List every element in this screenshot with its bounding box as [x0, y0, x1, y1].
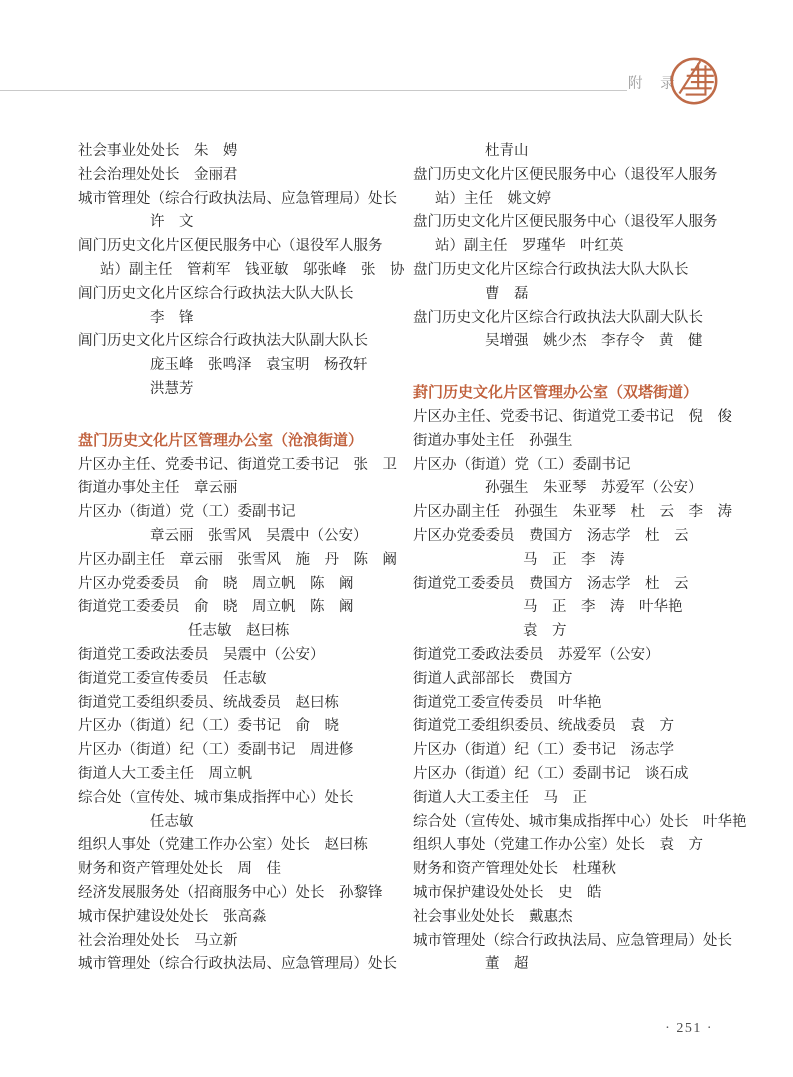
text-line: 吴增强 姚少杰 李存令 黄 健 — [413, 330, 751, 354]
text-line: 片区办（街道）纪（工）委书记 汤志学 — [413, 739, 751, 763]
text-line: 城市管理处（综合行政执法局、应急管理局）处长 — [78, 953, 412, 977]
text-line: 片区办主任、党委书记、街道党工委书记 倪 俊 — [413, 406, 751, 430]
text-line: 街道党工委委员 俞 晓 周立帆 陈 阚 — [78, 596, 412, 620]
seal-icon — [669, 56, 719, 106]
text-line: 马 正 李 涛 叶华艳 — [413, 596, 751, 620]
text-line: 财务和资产管理处处长 周 佳 — [78, 858, 412, 882]
text-line: 董 超 — [413, 953, 751, 977]
text-line: 章云丽 张雪风 吴震中（公安） — [78, 525, 412, 549]
text-line: 组织人事处（党建工作办公室）处长 袁 方 — [413, 834, 751, 858]
text-line: 马 正 李 涛 — [413, 549, 751, 573]
text-line: 经济发展服务处（招商服务中心）处长 孙黎锋 — [78, 882, 412, 906]
text-line: 曹 磊 — [413, 283, 751, 307]
text-line: 片区办（街道）纪（工）委副书记 周进修 — [78, 739, 412, 763]
right-column: 杜青山盘门历史文化片区便民服务中心（退役军人服务站）主任 姚文婷盘门历史文化片区… — [413, 140, 751, 977]
text-line: 片区办副主任 孙强生 朱亚琴 杜 云 李 涛 — [413, 501, 751, 525]
text-line: 综合处（宣传处、城市集成指挥中心）处长 叶华艳 — [413, 811, 751, 835]
text-line: 庞玉峰 张鸣泽 袁宝明 杨孜轩 — [78, 354, 412, 378]
text-line: 街道人大工委主任 周立帆 — [78, 763, 412, 787]
text-line: 城市保护建设处处长 张高淼 — [78, 906, 412, 930]
section-heading: 盘门历史文化片区管理办公室（沧浪街道） — [78, 430, 412, 454]
text-line: 城市管理处（综合行政执法局、应急管理局）处长 — [413, 930, 751, 954]
text-line: 站）主任 姚文婷 — [413, 188, 751, 212]
text-line: 盘门历史文化片区便民服务中心（退役军人服务 — [413, 164, 751, 188]
text-line: 片区办（街道）党（工）委副书记 — [413, 454, 751, 478]
text-line: 盘门历史文化片区综合行政执法大队大队长 — [413, 259, 751, 283]
text-line: 组织人事处（党建工作办公室）处长 赵曰栋 — [78, 834, 412, 858]
text-line: 街道党工委组织委员、统战委员 赵曰栋 — [78, 692, 412, 716]
text-line: 许 文 — [78, 211, 412, 235]
text-line: 任志敏 — [78, 811, 412, 835]
book-page: 附 录 社会事业处处长 朱 娉社会治理处处长 金丽君城市管理处（综合行政执法局、… — [0, 0, 793, 1077]
text-line: 社会治理处处长 金丽君 — [78, 164, 412, 188]
text-line: 街道人大工委主任 马 正 — [413, 787, 751, 811]
text-line: 城市保护建设处处长 史 皓 — [413, 882, 751, 906]
text-line: 街道党工委组织委员、统战委员 袁 方 — [413, 715, 751, 739]
text-line: 街道党工委委员 费国方 汤志学 杜 云 — [413, 573, 751, 597]
text-line: 袁 方 — [413, 620, 751, 644]
text-line: 片区办副主任 章云丽 张雪风 施 丹 陈 阚 — [78, 549, 412, 573]
text-line: 阊门历史文化片区便民服务中心（退役军人服务 — [78, 235, 412, 259]
text-line: 阊门历史文化片区综合行政执法大队大队长 — [78, 283, 412, 307]
text-line: 片区办党委委员 费国方 汤志学 杜 云 — [413, 525, 751, 549]
text-line: 洪慧芳 — [78, 378, 412, 402]
text-line: 站）副主任 罗瑾华 叶红英 — [413, 235, 751, 259]
page-number: · 251 · — [665, 1021, 713, 1037]
text-line: 社会事业处处长 朱 娉 — [78, 140, 412, 164]
text-line: 李 锋 — [78, 307, 412, 331]
text-line: 街道党工委政法委员 苏爱军（公安） — [413, 644, 751, 668]
text-line: 阊门历史文化片区综合行政执法大队副大队长 — [78, 330, 412, 354]
header-rule — [0, 90, 627, 91]
text-line: 盘门历史文化片区综合行政执法大队副大队长 — [413, 307, 751, 331]
text-line: 片区办主任、党委书记、街道党工委书记 张 卫 — [78, 454, 412, 478]
text-line: 片区办党委委员 俞 晓 周立帆 陈 阚 — [78, 573, 412, 597]
column-gap — [78, 402, 412, 430]
text-line: 街道党工委宣传委员 叶华艳 — [413, 692, 751, 716]
text-line: 街道人武部部长 费国方 — [413, 668, 751, 692]
text-line: 杜青山 — [413, 140, 751, 164]
text-line: 街道办事处主任 孙强生 — [413, 430, 751, 454]
text-line: 社会事业处处长 戴惠杰 — [413, 906, 751, 930]
text-line: 片区办（街道）党（工）委副书记 — [78, 501, 412, 525]
text-line: 孙强生 朱亚琴 苏爱军（公安） — [413, 477, 751, 501]
text-line: 财务和资产管理处处长 杜瑾秋 — [413, 858, 751, 882]
left-column: 社会事业处处长 朱 娉社会治理处处长 金丽君城市管理处（综合行政执法局、应急管理… — [78, 140, 412, 977]
text-line: 综合处（宣传处、城市集成指挥中心）处长 — [78, 787, 412, 811]
text-line: 站）副主任 管莉军 钱亚敏 邬张峰 张 协 — [78, 259, 412, 283]
text-line: 社会治理处处长 马立新 — [78, 930, 412, 954]
section-heading: 葑门历史文化片区管理办公室（双塔街道） — [413, 382, 751, 406]
text-line: 街道党工委政法委员 吴震中（公安） — [78, 644, 412, 668]
column-gap — [413, 354, 751, 382]
text-line: 片区办（街道）纪（工）委书记 俞 晓 — [78, 715, 412, 739]
text-line: 盘门历史文化片区便民服务中心（退役军人服务 — [413, 211, 751, 235]
text-line: 片区办（街道）纪（工）委副书记 谈石成 — [413, 763, 751, 787]
text-line: 街道党工委宣传委员 任志敏 — [78, 668, 412, 692]
text-line: 任志敏 赵曰栋 — [78, 620, 412, 644]
text-line: 街道办事处主任 章云丽 — [78, 477, 412, 501]
text-line: 城市管理处（综合行政执法局、应急管理局）处长 — [78, 188, 412, 212]
